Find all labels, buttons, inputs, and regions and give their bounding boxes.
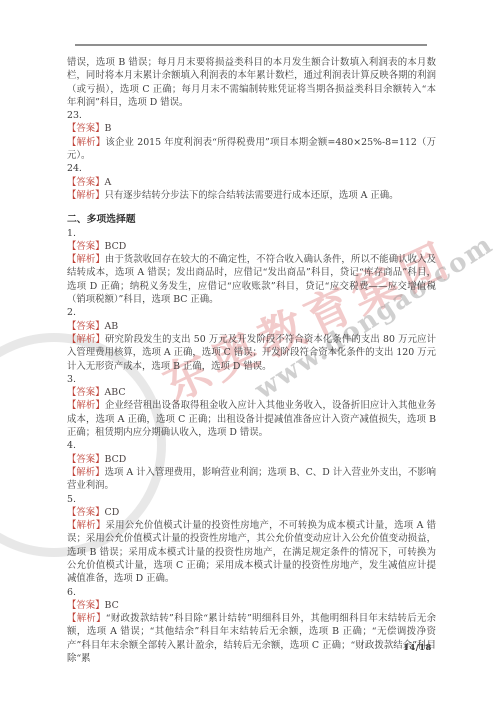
answer-label: 【答案】 [67, 123, 105, 134]
analysis-label: 【解析】 [67, 137, 105, 148]
answer-line: 【答案】B [67, 122, 436, 135]
analysis-line: 【解析】企业经营租出设备取得租金收入应计入其他业务收入，设备折旧应计入其他业务成… [67, 399, 436, 439]
answer-line: 【答案】A [67, 176, 436, 189]
answer-key-content: 错误，选项 B 错误；每月月末要将损益类科目的本月发生额合计数填入利润表的本月数… [67, 56, 436, 665]
question-number: 3. [67, 373, 436, 386]
answer-line: 【答案】CD [67, 506, 436, 519]
analysis-label: 【解析】 [67, 254, 105, 265]
question-number: 4. [67, 439, 436, 452]
analysis-text: “财政拨款结转”科目除“累计结转”明细科目外，其他明细科目年末结转后无余额，选项… [67, 613, 436, 664]
answer-value: ABC [105, 387, 126, 398]
analysis-text: 企业经营租出设备取得租金收入应计入其他业务收入，设备折旧应计入其他业务成本，选项… [67, 400, 436, 438]
analysis-line: 【解析】该企业 2015 年度利润表“所得税费用”项目本期金额=480×25%-… [67, 136, 436, 163]
answer-value: B [105, 123, 112, 134]
question-number: 1. [67, 227, 436, 240]
analysis-line: 【解析】选项 A 计入管理费用，影响营业利润；选项 B、C、D 计入营业外支出，… [67, 466, 436, 493]
analysis-text: 采用公允价值模式计量的投资性房地产，不可转换为成本模式计量，选项 A 错误；采用… [67, 520, 436, 584]
analysis-text: 只有逐步结转分步法下的综合结转法需要进行成本还原，选项 A 正确。 [105, 190, 399, 201]
analysis-line: 【解析】只有逐步结转分步法下的综合结转法需要进行成本还原，选项 A 正确。 [67, 189, 436, 202]
answer-label: 【答案】 [67, 241, 105, 252]
answer-label: 【答案】 [67, 177, 105, 188]
question-number: 24. [67, 162, 436, 175]
document-page: 东奥教育集团 www.dongao.com 错误，选项 B 错误；每月月末要将损… [0, 0, 499, 705]
answer-line: 【答案】ABC [67, 386, 436, 399]
analysis-text: 选项 A 计入管理费用，影响营业利润；选项 B、C、D 计入营业外支出，不影响营… [67, 467, 436, 491]
question-number: 2. [67, 306, 436, 319]
answer-label: 【答案】 [67, 507, 105, 518]
answer-value: BCD [105, 241, 127, 252]
top-divider [75, 44, 427, 46]
question-number: 5. [67, 493, 436, 506]
answer-line: 【答案】AB [67, 320, 436, 333]
analysis-label: 【解析】 [67, 334, 105, 345]
analysis-label: 【解析】 [67, 520, 106, 531]
analysis-label: 【解析】 [67, 190, 105, 201]
answer-value: AB [105, 321, 119, 332]
answer-value: CD [105, 507, 120, 518]
question-number: 6. [67, 586, 436, 599]
analysis-text: 研究阶段发生的支出 50 万元及开发阶段不符合资本化条件的支出 80 万元应计入… [67, 334, 436, 372]
answer-label: 【答案】 [67, 600, 105, 611]
section-heading: 二、多项选择题 [67, 213, 436, 226]
analysis-line: 【解析】“财政拨款结转”科目除“累计结转”明细科目外，其他明细科目年末结转后无余… [67, 612, 436, 665]
answer-value: A [105, 177, 112, 188]
intro-paragraph: 错误，选项 B 错误；每月月末要将损益类科目的本月发生额合计数填入利润表的本月数… [67, 56, 436, 109]
answer-line: 【答案】BCD [67, 240, 436, 253]
answer-label: 【答案】 [67, 454, 105, 465]
analysis-text: 该企业 2015 年度利润表“所得税费用”项目本期金额=480×25%-8=11… [67, 137, 436, 161]
answer-line: 【答案】BCD [67, 453, 436, 466]
answer-value: BC [105, 600, 119, 611]
answer-line: 【答案】BC [67, 599, 436, 612]
analysis-line: 【解析】采用公允价值模式计量的投资性房地产，不可转换为成本模式计量，选项 A 错… [67, 519, 436, 585]
analysis-text: 由于货款收回存在较大的不确定性，不符合收入确认条件，所以不能确认收入及结转成本，… [67, 254, 436, 305]
analysis-line: 【解析】由于货款收回存在较大的不确定性，不符合收入确认条件，所以不能确认收入及结… [67, 253, 436, 306]
question-number: 23. [67, 109, 436, 122]
analysis-label: 【解析】 [67, 467, 105, 478]
answer-label: 【答案】 [67, 321, 105, 332]
analysis-line: 【解析】研究阶段发生的支出 50 万元及开发阶段不符合资本化条件的支出 80 万… [67, 333, 436, 373]
answer-label: 【答案】 [67, 387, 105, 398]
analysis-label: 【解析】 [67, 613, 106, 624]
page-number: 14/18 [403, 643, 432, 653]
answer-value: BCD [105, 454, 127, 465]
analysis-label: 【解析】 [67, 400, 105, 411]
